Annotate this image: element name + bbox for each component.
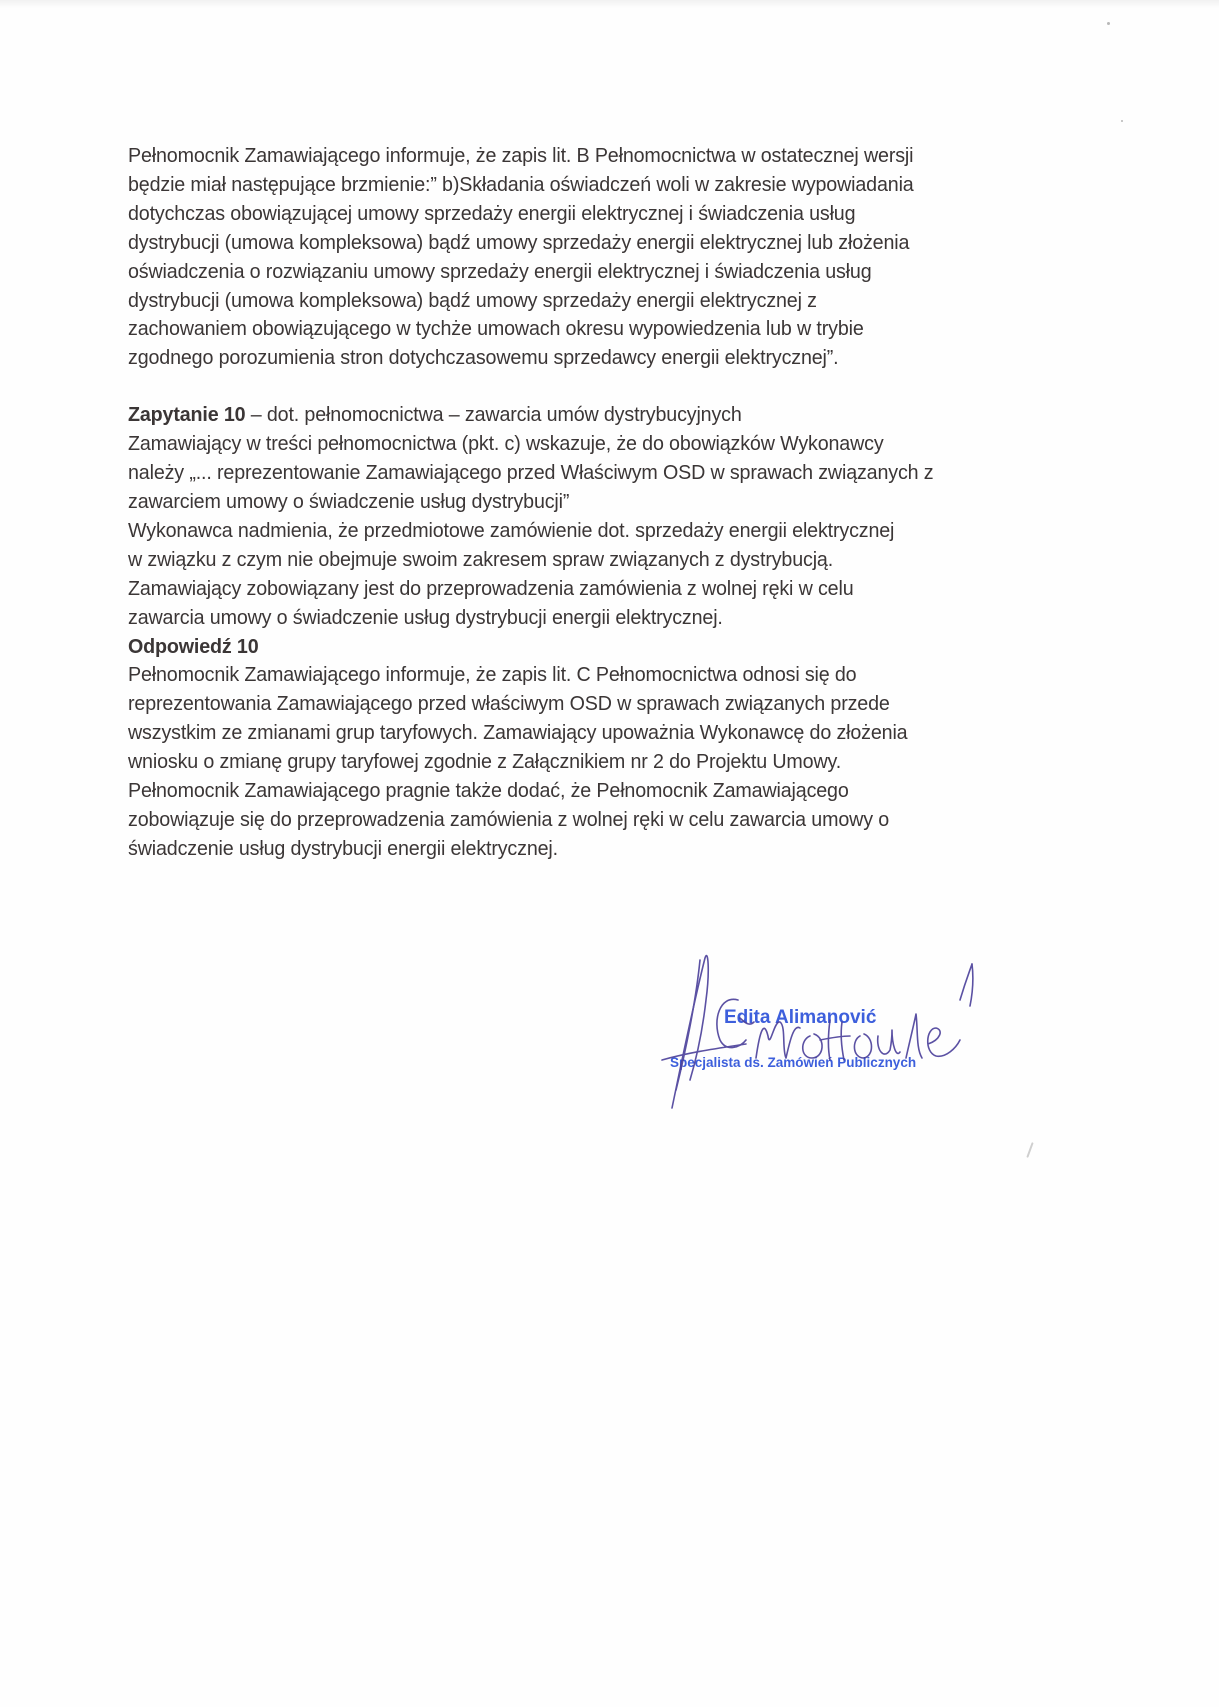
text-line: Zamawiający w treści pełnomocnictwa (pkt… <box>128 430 1059 459</box>
paragraph-spacer <box>128 373 1059 401</box>
text-line: w związku z czym nie obejmuje swoim zakr… <box>128 546 1059 575</box>
text-line: wszystkim ze zmianami grup taryfowych. Z… <box>128 719 1059 748</box>
document-body: Pełnomocnik Zamawiającego informuje, że … <box>128 142 1059 864</box>
text-line: należy „... reprezentowanie Zamawiająceg… <box>128 459 1059 488</box>
question-10-label: Zapytanie 10 <box>128 404 245 426</box>
text-line: Wykonawca nadmienia, że przedmiotowe zam… <box>128 517 1059 546</box>
text-line: Pełnomocnik Zamawiającego informuje, że … <box>128 661 1059 690</box>
question-10-subject: – dot. pełnomocnictwa – zawarcia umów dy… <box>245 404 741 426</box>
text-line: dystrybucji (umowa kompleksowa) bądź umo… <box>128 287 1059 316</box>
text-line: dystrybucji (umowa kompleksowa) bądź umo… <box>128 229 1059 258</box>
text-line: zawarciem umowy o świadczenie usług dyst… <box>128 488 1059 517</box>
text-line: Pełnomocnik Zamawiającego pragnie także … <box>128 777 1059 806</box>
answer-10-section: Odpowiedź 10 Pełnomocnik Zamawiającego i… <box>128 633 1059 864</box>
text-line: zgodnego porozumienia stron dotychczasow… <box>128 344 1059 373</box>
handwritten-signature-icon <box>660 940 1020 1120</box>
text-line: Pełnomocnik Zamawiającego informuje, że … <box>128 142 1059 171</box>
scan-edge-shadow <box>0 0 1219 8</box>
text-line: będzie miał następujące brzmienie:” b)Sk… <box>128 171 1059 200</box>
text-line: dotychczas obowiązującej umowy sprzedaży… <box>128 200 1059 229</box>
answer-10-heading: Odpowiedź 10 <box>128 633 1059 662</box>
text-line: świadczenie usług dystrybucji energii el… <box>128 835 1059 864</box>
question-10-heading: Zapytanie 10 – dot. pełnomocnictwa – zaw… <box>128 401 1059 430</box>
paragraph-lit-b-wording: Pełnomocnik Zamawiającego informuje, że … <box>128 142 1059 373</box>
text-line: reprezentowania Zamawiającego przed właś… <box>128 690 1059 719</box>
question-10-section: Zapytanie 10 – dot. pełnomocnictwa – zaw… <box>128 401 1059 632</box>
signature-stamp: Edita Alimanović Specjalista ds. Zamówie… <box>660 940 1020 1120</box>
text-line: oświadczenia o rozwiązaniu umowy sprzeda… <box>128 258 1059 287</box>
scan-speck <box>1107 22 1110 25</box>
text-line: Zamawiający zobowiązany jest do przeprow… <box>128 575 1059 604</box>
scanned-page: Pełnomocnik Zamawiającego informuje, że … <box>0 0 1219 1707</box>
text-line: zobowiązuje się do przeprowadzenia zamów… <box>128 806 1059 835</box>
text-line: wniosku o zmianę grupy taryfowej zgodnie… <box>128 748 1059 777</box>
scan-speck <box>1121 120 1123 122</box>
text-line: zawarcia umowy o świadczenie usług dystr… <box>128 604 1059 633</box>
scan-speck <box>1026 1142 1033 1158</box>
text-line: zachowaniem obowiązującego w tychże umow… <box>128 315 1059 344</box>
